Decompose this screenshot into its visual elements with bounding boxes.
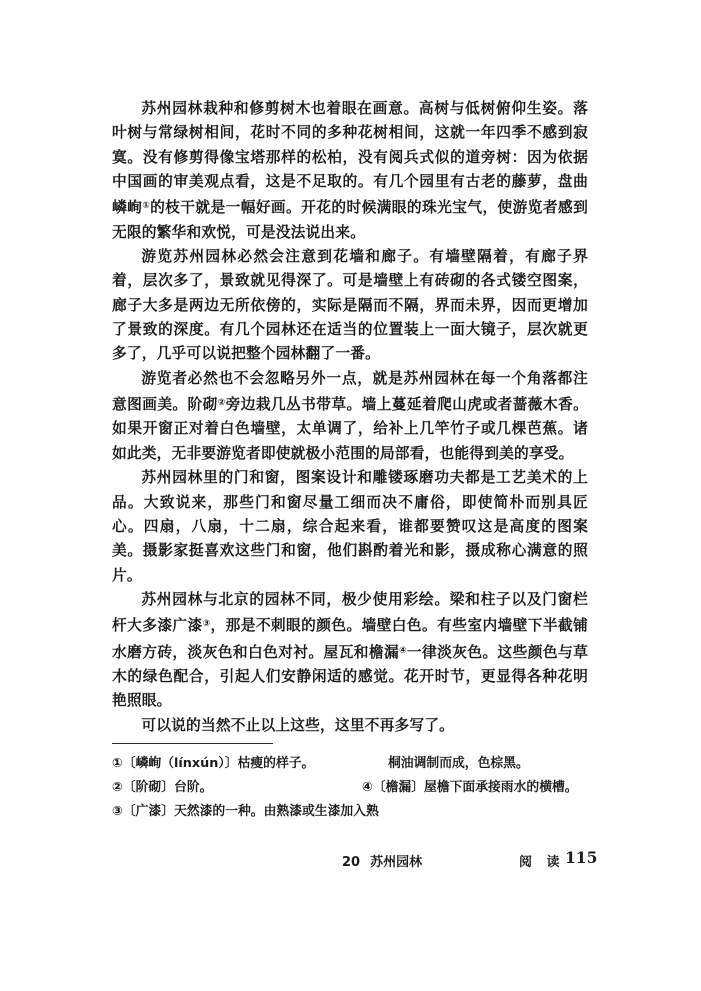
body-text: 苏州园林栽种和修剪树木也着眼在画意。高树与低树俯仰生姿。落叶树与常绿树相间，花时…	[112, 97, 588, 738]
lesson-number: 20	[342, 855, 360, 870]
paragraph: 苏州园林与北京的园林不同，极少使用彩绘。梁和柱子以及门窗栏杆大多漆广漆③，那是不…	[112, 588, 588, 714]
lesson-title: 苏州园林	[370, 855, 422, 870]
footnote-line: ②〔阶砌〕台阶。	[112, 776, 368, 800]
paragraph: 苏州园林里的门和窗，图案设计和雕镂琢磨功夫都是工艺美术的上品。大致说来，那些门和…	[112, 466, 588, 588]
paragraph: 游览者必然也不会忽略另外一点，就是苏州园林在每一个角落都注意图画美。阶砌②旁边栽…	[112, 367, 588, 466]
footnote-line: ③〔广漆〕天然漆的一种。由熟漆或生漆加入熟	[112, 800, 368, 824]
section-label: 阅 读	[519, 851, 565, 870]
paragraph: 苏州园林栽种和修剪树木也着眼在画意。高树与低树俯仰生姿。落叶树与常绿树相间，花时…	[112, 97, 588, 245]
paragraph: 游览苏州园林必然会注意到花墙和廊子。有墙壁隔着，有廊子界着，层次多了，景致就见得…	[112, 245, 588, 367]
footer-lesson: 20苏州园林	[342, 851, 422, 870]
footnotes-left-column: ①〔嶙峋（línxún）〕枯瘦的样子。②〔阶砌〕台阶。③〔广漆〕天然漆的一种。由…	[112, 752, 368, 824]
footnote-line: 桐油调制而成，色棕黑。	[362, 752, 604, 776]
footnote-ref: ①	[142, 201, 150, 211]
footnotes-right-column: 桐油调制而成，色棕黑。④〔檐漏〕屋檐下面承接雨水的横槽。	[362, 752, 604, 800]
page-number: 115	[565, 848, 597, 867]
footnote-ref: ④	[399, 646, 407, 656]
paragraph: 可以说的当然不止以上这些，这里不再多写了。	[112, 714, 588, 738]
footnote-line: ①〔嶙峋（línxún）〕枯瘦的样子。	[112, 752, 368, 776]
footnote-ref: ③	[203, 619, 211, 629]
footnote-divider	[112, 743, 273, 744]
footnote-ref: ②	[218, 398, 226, 408]
footnote-line: ④〔檐漏〕屋檐下面承接雨水的横槽。	[362, 776, 604, 800]
